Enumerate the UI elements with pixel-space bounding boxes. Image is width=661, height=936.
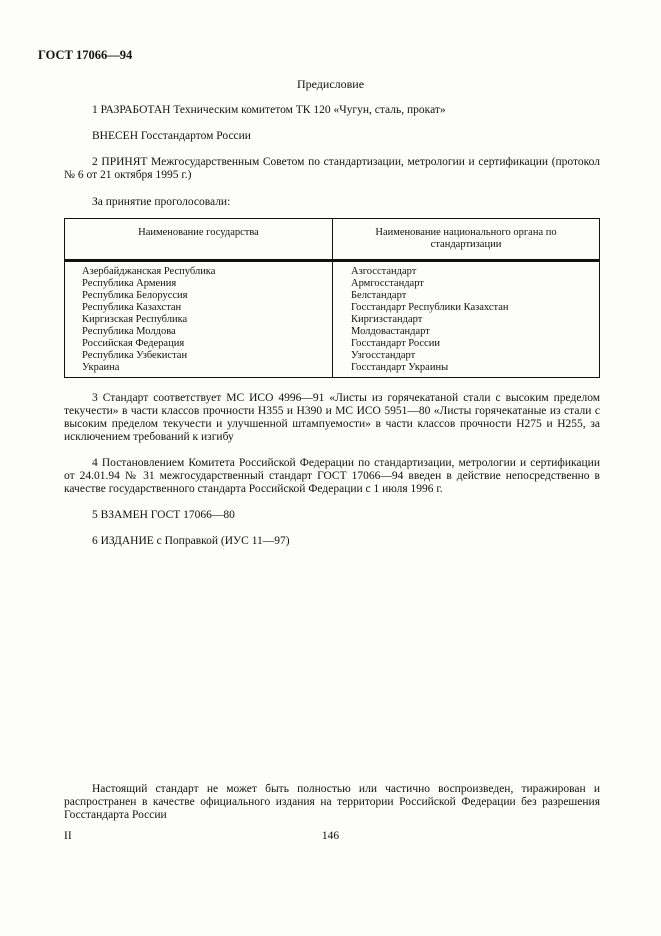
paragraph-item-2: 2 ПРИНЯТ Межгосударственным Советом по с… (64, 156, 600, 182)
voted-intro: За принятие проголосовали: (92, 196, 612, 209)
table-header-body: Наименование национального органа по ста… (333, 219, 599, 259)
paragraph-item-6: 6 ИЗДАНИЕ с Поправкой (ИУС 11—97) (92, 535, 612, 548)
voting-table: Наименование государства Наименование на… (64, 218, 600, 378)
paragraph-vnesen: ВНЕСЕН Госстандартом России (92, 130, 612, 143)
table-cell-body: Госстандарт России (351, 338, 509, 350)
state-column: Азербайджанская Республика Республика Ар… (82, 266, 215, 374)
page-number: 146 (0, 830, 661, 842)
table-cell-body: Молдовастандарт (351, 326, 509, 338)
table-cell-state: Республика Казахстан (82, 302, 215, 314)
body-column: Азгосстандарт Армгосстандарт Белстандарт… (351, 266, 509, 374)
table-header-body-text: Наименование национального органа по ста… (361, 227, 571, 251)
paragraph-item-3: 3 Стандарт соответствует МС ИСО 4996—91 … (64, 392, 600, 444)
table-cell-body: Азгосстандарт (351, 266, 509, 278)
table-cell-state: Украина (82, 362, 215, 374)
table-cell-state: Республика Армения (82, 278, 215, 290)
table-cell-body: Госстандарт Украины (351, 362, 509, 374)
table-header-state: Наименование государства (65, 213, 332, 253)
table-cell-state: Российская Федерация (82, 338, 215, 350)
table-cell-body: Киргизстандарт (351, 314, 509, 326)
table-cell-state: Киргизская Республика (82, 314, 215, 326)
paragraph-item-4: 4 Постановлением Комитета Российской Фед… (64, 457, 600, 496)
table-cell-body: Узгосстандарт (351, 350, 509, 362)
copyright-notice: Настоящий стандарт не может быть полност… (64, 783, 600, 822)
table-cell-state: Республика Молдова (82, 326, 215, 338)
section-heading: Предисловие (0, 77, 661, 92)
table-cell-body: Госстандарт Республики Казахстан (351, 302, 509, 314)
table-cell-state: Республика Узбекистан (82, 350, 215, 362)
document-code: ГОСТ 17066—94 (38, 48, 132, 63)
table-cell-body: Белстандарт (351, 290, 509, 302)
paragraph-item-5: 5 ВЗАМЕН ГОСТ 17066—80 (92, 509, 612, 522)
table-cell-state: Азербайджанская Республика (82, 266, 215, 278)
table-cell-state: Республика Белоруссия (82, 290, 215, 302)
table-cell-body: Армгосстандарт (351, 278, 509, 290)
paragraph-item-1: 1 РАЗРАБОТАН Техническим комитетом ТК 12… (92, 104, 612, 117)
